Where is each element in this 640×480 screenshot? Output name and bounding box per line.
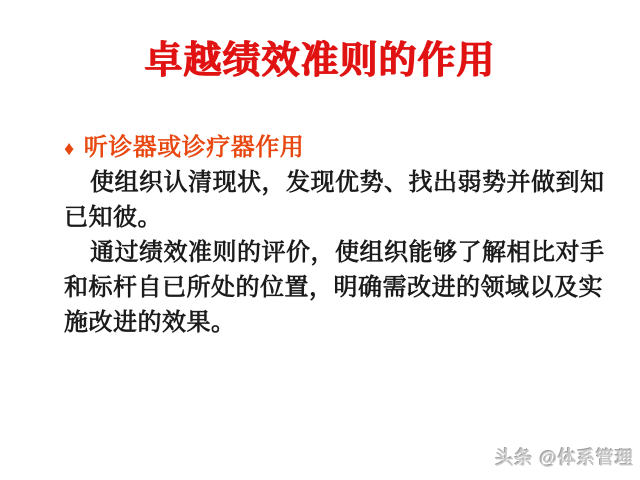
body-line: 使组织认清现状，发现优势、找出弱势并做到知 xyxy=(64,165,630,200)
body-line: 通过绩效准则的评价，使组织能够了解相比对手 xyxy=(64,235,630,270)
page-title: 卓越绩效准则的作用 xyxy=(0,42,640,80)
bullet-heading-label: 听诊器或诊疗器作用 xyxy=(84,130,305,165)
body-line: 施改进的效果。 xyxy=(64,305,630,340)
diamond-bullet-icon: ♦ xyxy=(64,139,75,159)
slide: 卓越绩效准则的作用 ♦ 听诊器或诊疗器作用 使组织认清现状，发现优势、找出弱势并… xyxy=(0,0,640,480)
bullet-heading: ♦ 听诊器或诊疗器作用 xyxy=(64,130,630,165)
body-line: 已知彼。 xyxy=(64,200,630,235)
watermark: 头条 @体系管理 xyxy=(495,444,634,470)
slide-body: ♦ 听诊器或诊疗器作用 使组织认清现状，发现优势、找出弱势并做到知 已知彼。 通… xyxy=(64,130,630,340)
body-line: 和标杆自已所处的位置，明确需改进的领域以及实 xyxy=(64,270,630,305)
